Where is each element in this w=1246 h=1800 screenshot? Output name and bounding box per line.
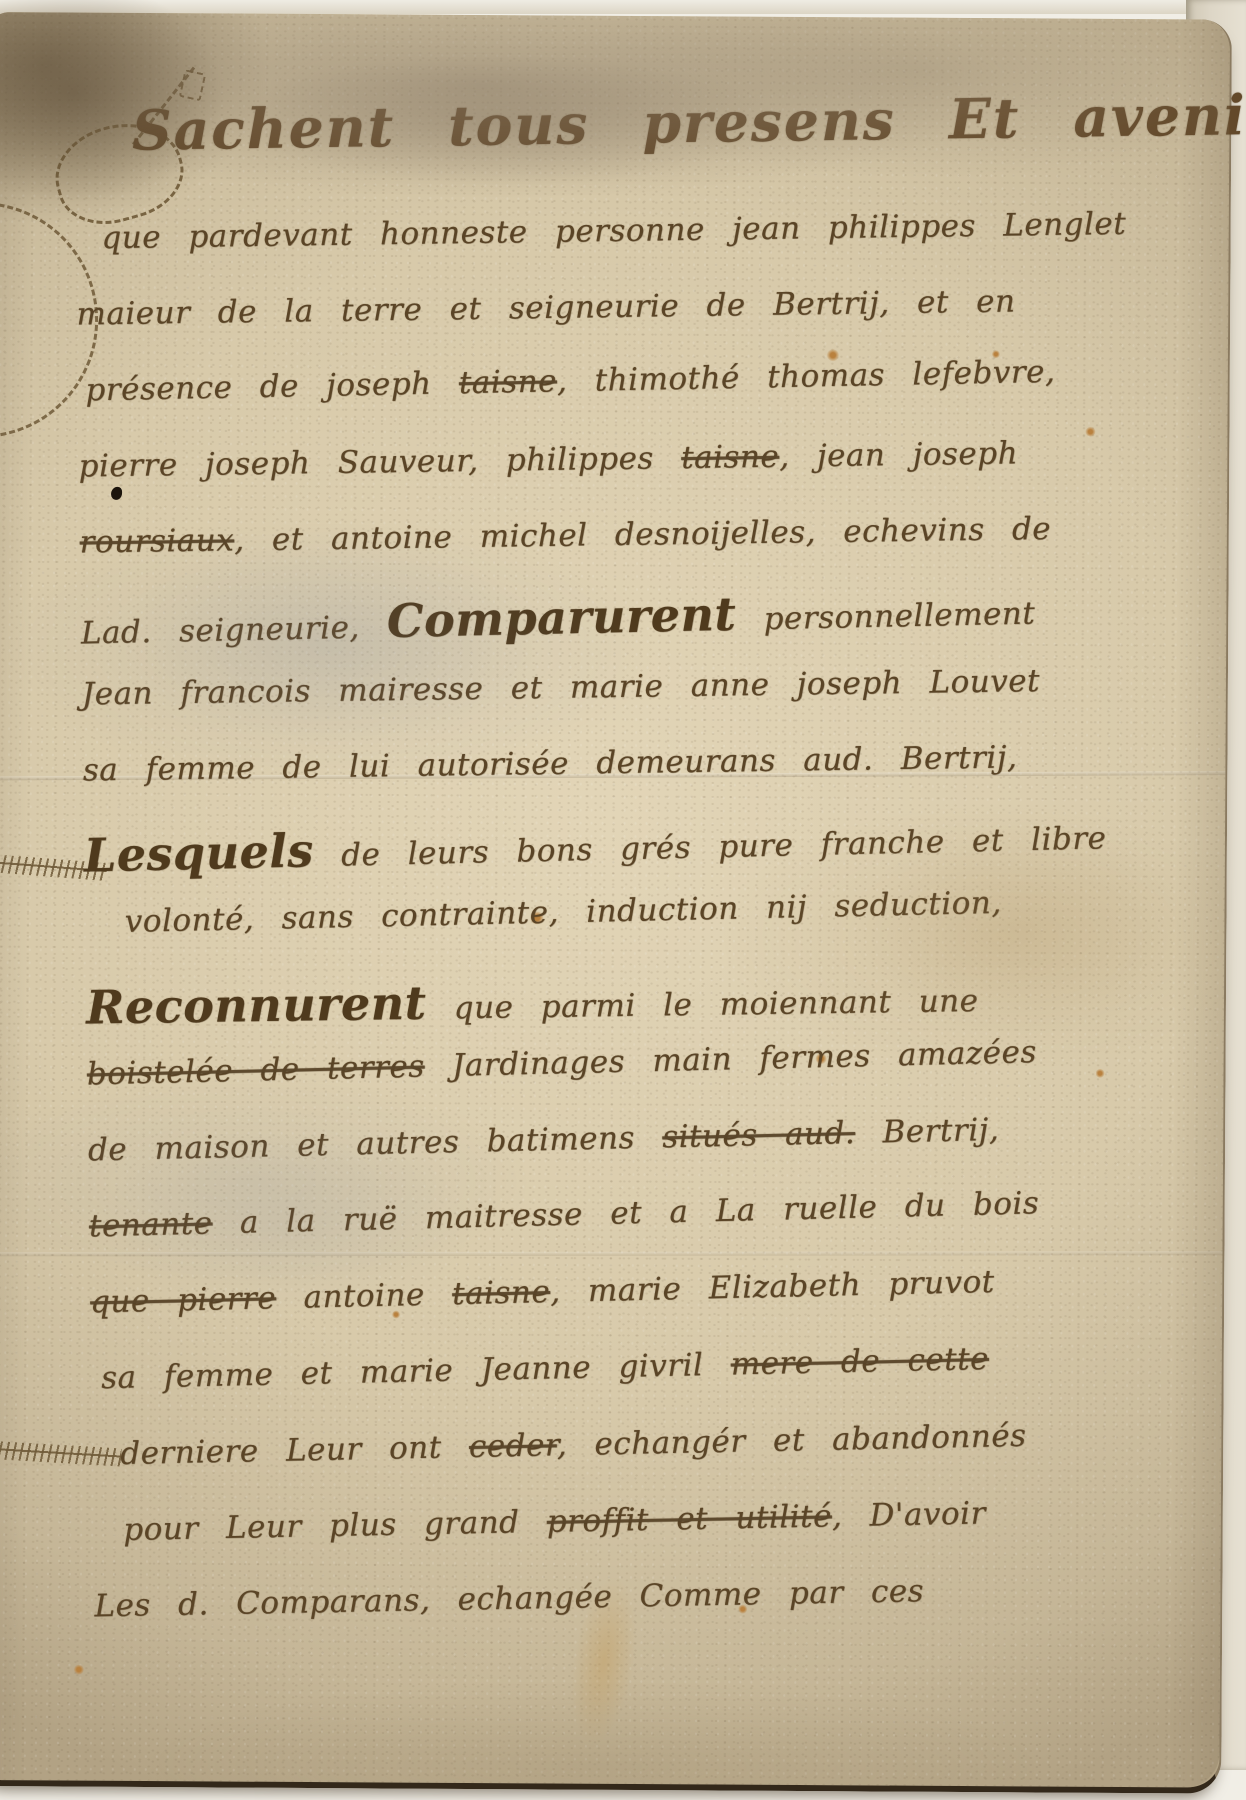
word-segment: Sachent tous presens Et avenir <box>131 82 1246 163</box>
struck-word: boistelée de terres <box>86 1049 425 1093</box>
word-segment: derniere Leur ont <box>120 1429 469 1472</box>
struck-word: taisne <box>459 363 558 401</box>
word-segment: pour Leur plus grand <box>123 1504 547 1548</box>
struck-word: mere de cette <box>730 1341 989 1383</box>
text-lines: Sachent tous presens Et avenirque pardev… <box>73 83 1225 1665</box>
word-segment: , jean joseph <box>779 435 1018 474</box>
backing-sheet-top-edge <box>0 0 1246 14</box>
word-segment: Lad. seigneurie, <box>81 609 388 651</box>
foxing-spot <box>74 1665 84 1675</box>
struck-word: roursiaux <box>79 522 234 560</box>
struck-word: ceder <box>469 1427 558 1465</box>
word-segment: pierre joseph Sauveur, philippes <box>78 440 681 484</box>
opening-line: Sachent tous presens Et avenir <box>131 83 1205 220</box>
word-segment: de leurs bons grés pure franche et libre <box>313 820 1106 874</box>
struck-word: tenante <box>89 1205 213 1244</box>
struck-word: taisne <box>452 1274 551 1312</box>
word-segment: antoine <box>276 1276 453 1316</box>
word-segment: personnellement <box>736 596 1036 638</box>
scanned-manuscript-page: Sachent tous presens Et avenirque pardev… <box>0 0 1246 1800</box>
word-segment: que parmi le moiennant une <box>426 983 979 1027</box>
word-segment: , D'avoir <box>832 1495 987 1534</box>
struck-word: que pierre <box>90 1280 277 1320</box>
struck-word: proffit et utilité <box>546 1498 832 1539</box>
struck-word: situés aud. <box>662 1115 856 1155</box>
word-segment: Bertrij, <box>855 1112 1000 1151</box>
word-segment: Lesquels <box>83 823 314 882</box>
parchment-sheet: Sachent tous presens Et avenirque pardev… <box>0 12 1232 1794</box>
word-segment: Reconnurent <box>86 976 427 1035</box>
word-segment: Comparurent <box>386 587 736 648</box>
word-segment: présence de joseph <box>85 365 459 408</box>
struck-word: taisne <box>681 439 780 476</box>
